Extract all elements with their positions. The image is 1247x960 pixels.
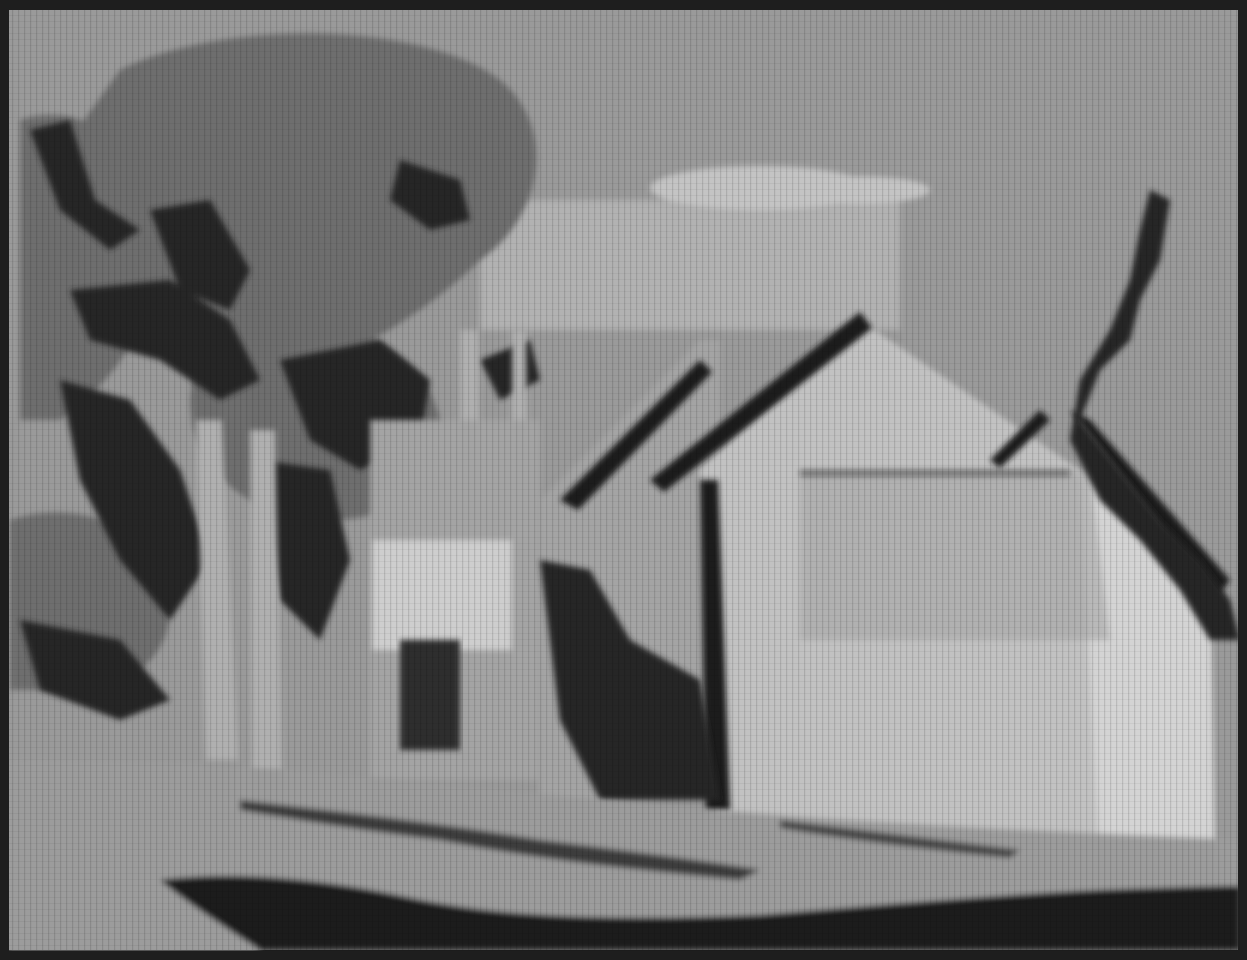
woven-picture-frame: Woven textile picture of a house with tr…	[0, 0, 1247, 960]
weave-texture	[8, 10, 1240, 950]
woven-house-scene	[0, 0, 1247, 960]
